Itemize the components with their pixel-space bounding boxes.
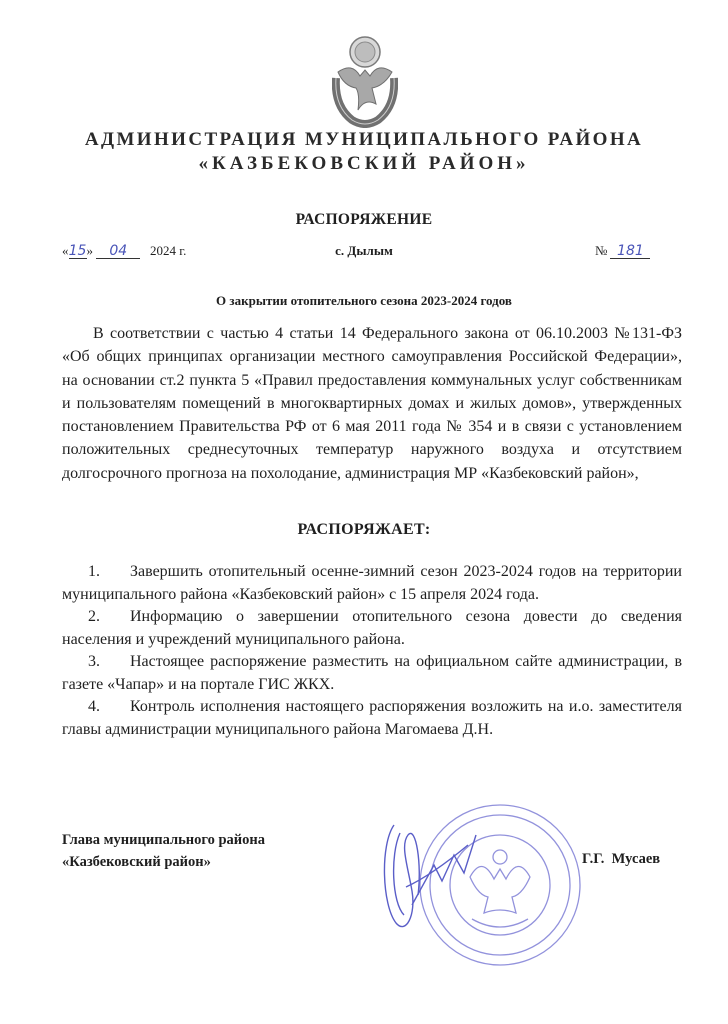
- item-text: Завершить отопительный осенне-зимний сез…: [62, 563, 682, 603]
- signatory-position-line2: «Казбековский район»: [62, 851, 265, 873]
- list-item: 1.Завершить отопительный осенне-зимний с…: [62, 561, 682, 606]
- orders-heading: РАСПОРЯЖАЕТ:: [0, 521, 728, 539]
- item-number: 3.: [88, 651, 130, 674]
- organization-title-line2: «КАЗБЕКОВСКИЙ РАЙОН»: [0, 152, 728, 176]
- document-type: РАСПОРЯЖЕНИЕ: [0, 211, 728, 229]
- number-label: №: [595, 243, 607, 258]
- document-number: №181: [595, 243, 650, 259]
- organization-title: АДМИНИСТРАЦИЯ МУНИЦИПАЛЬНОГО РАЙОНА «КАЗ…: [0, 128, 728, 176]
- eagle-emblem-icon: [332, 32, 398, 128]
- organization-title-line1: АДМИНИСТРАЦИЯ МУНИЦИПАЛЬНОГО РАЙОНА: [0, 128, 728, 152]
- preamble-text: В соответствии с частью 4 статьи 14 Феде…: [62, 322, 682, 485]
- item-number: 4.: [88, 696, 130, 719]
- signatory-position: Глава муниципального района «Казбековски…: [62, 829, 265, 873]
- signatory-position-line1: Глава муниципального района: [62, 829, 265, 851]
- list-item: 4.Контроль исполнения настоящего распоря…: [62, 696, 682, 741]
- item-text: Контроль исполнения настоящего распоряже…: [62, 698, 682, 738]
- official-stamp-icon: [372, 795, 592, 980]
- preamble: В соответствии с частью 4 статьи 14 Феде…: [62, 322, 682, 485]
- list-item: 3.Настоящее распоряжение разместить на о…: [62, 651, 682, 696]
- list-item: 2.Информацию о завершении отопительного …: [62, 606, 682, 651]
- orders-list: 1.Завершить отопительный осенне-зимний с…: [62, 561, 682, 741]
- item-number: 2.: [88, 606, 130, 629]
- document-subject: О закрытии отопительного сезона 2023-202…: [0, 293, 728, 309]
- item-number: 1.: [88, 561, 130, 584]
- item-text: Информацию о завершении отопительного се…: [62, 608, 682, 648]
- number-value: 181: [610, 244, 650, 259]
- item-text: Настоящее распоряжение разместить на офи…: [62, 653, 682, 693]
- signatory-name: Г.Г. Мусаев: [582, 851, 660, 868]
